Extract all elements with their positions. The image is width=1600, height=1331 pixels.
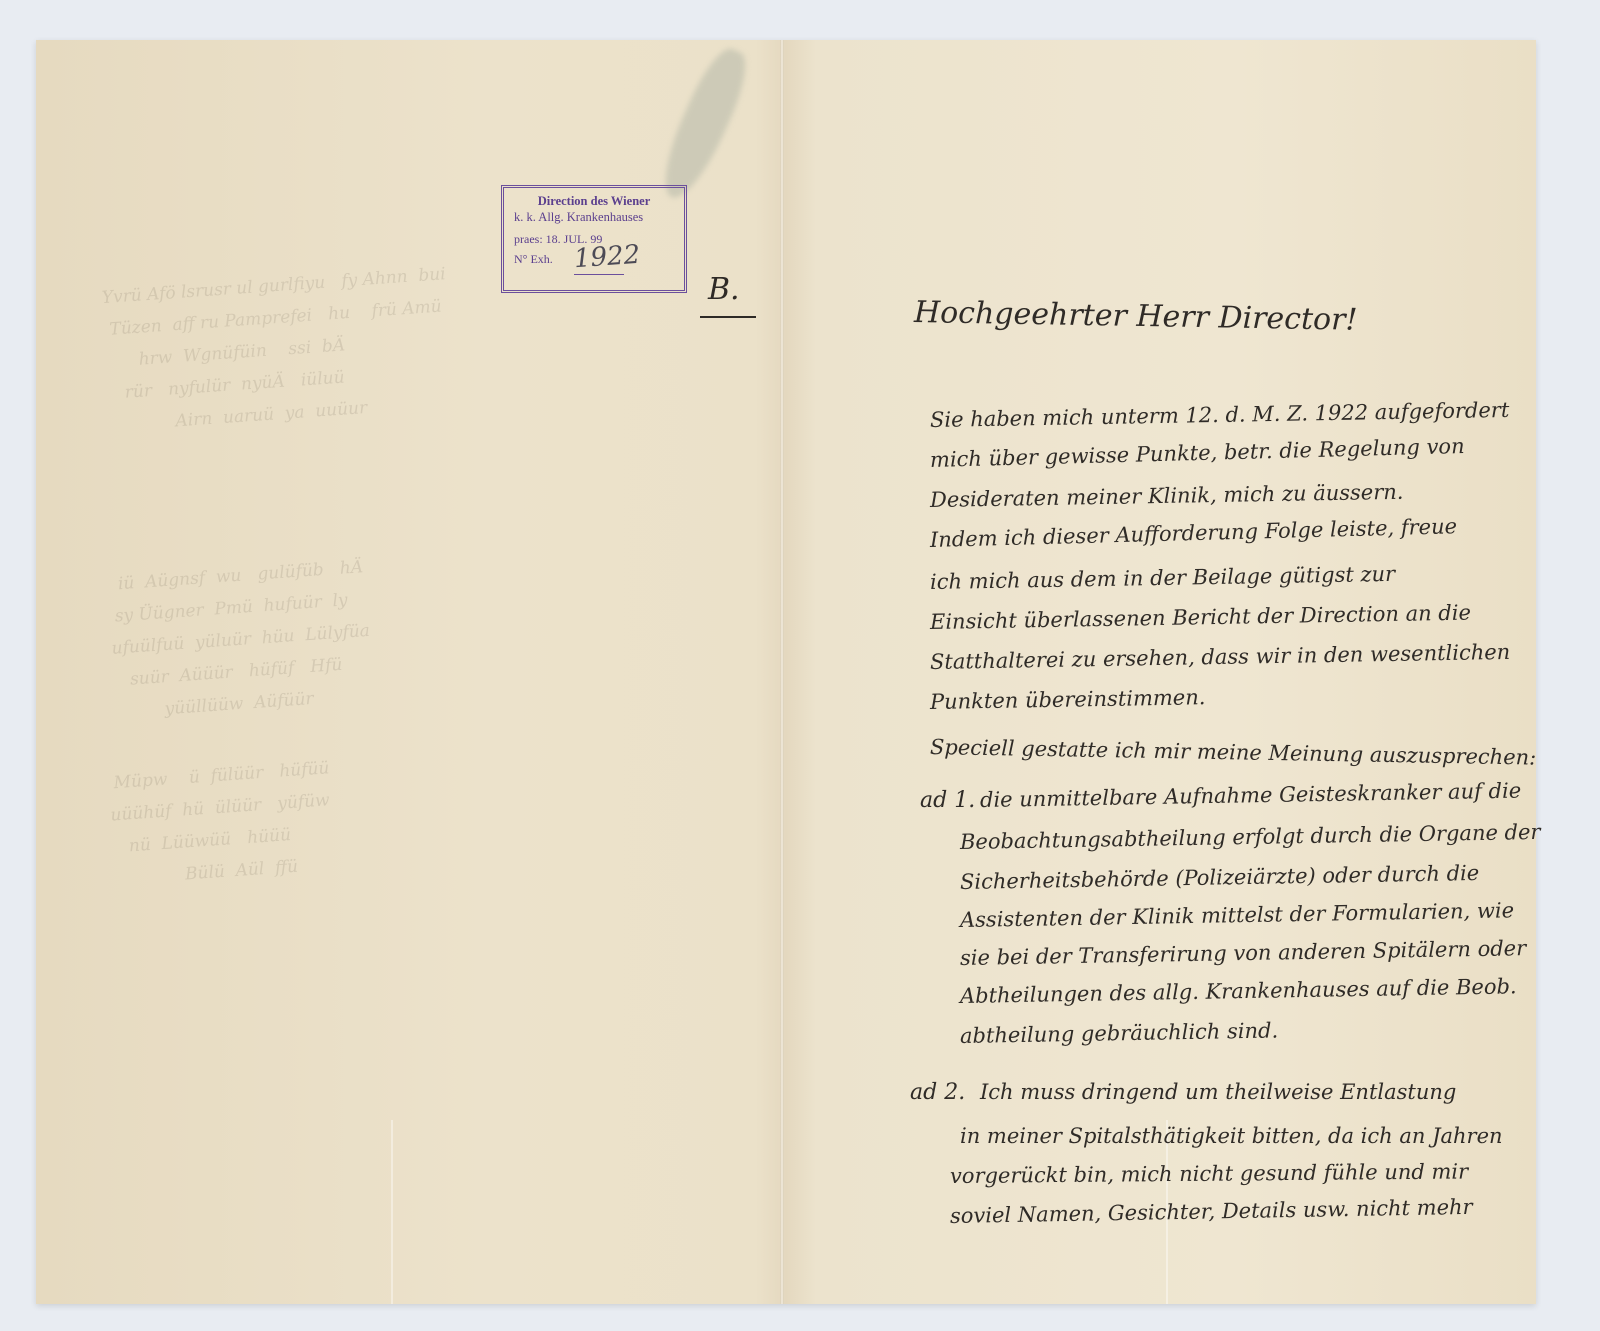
- salutation: Hochgeehrter Herr Director!: [914, 295, 1358, 338]
- letter-line: Desideraten meiner Klinik, mich zu äusse…: [930, 480, 1404, 512]
- letter-line: Abtheilungen des allg. Krankenhauses auf…: [960, 974, 1517, 1008]
- letter-line: Statthalterei zu ersehen, dass wir in de…: [930, 640, 1511, 674]
- registry-stamp: Direction des Wiener k. k. Allg. Kranken…: [501, 185, 687, 293]
- stamp-rule: [574, 274, 624, 275]
- left-page: Yvrü Afö lsrusr ul gurlfiyu fy Ahnn bui …: [36, 40, 782, 1304]
- letter-line: Einsicht überlassenen Bericht der Direct…: [930, 601, 1471, 634]
- bleed-through-text: iü Aügnsf wu gulüfüb hÄ sy Üügner Pmü hu…: [101, 551, 376, 729]
- annotation-underline: [700, 316, 756, 318]
- letter-line: in meiner Spitalsthätigkeit bitten, da i…: [960, 1124, 1503, 1148]
- letter-line: Ich muss dringend um theilweise Entlastu…: [980, 1080, 1456, 1104]
- letter-line: vorgerückt bin, mich nicht gesund fühle …: [950, 1159, 1468, 1188]
- letter-line: soviel Namen, Gesichter, Details usw. ni…: [950, 1195, 1473, 1228]
- letter-line: die unmittelbare Aufnahme Geisteskranker…: [980, 779, 1522, 812]
- letter-line: mich über gewisse Punkte, betr. die Rege…: [930, 434, 1465, 472]
- water-stain: [651, 42, 756, 206]
- right-page: Hochgeehrter Herr Director! Sie haben mi…: [784, 40, 1536, 1304]
- annotation-mark: B.: [708, 272, 740, 307]
- item-label-ad-2: ad 2.: [910, 1080, 965, 1105]
- stamp-exhibit-label: N° Exh.: [514, 252, 553, 267]
- letter-line: Sicherheitsbehörde (Polizeiärzte) oder d…: [960, 861, 1480, 894]
- stamp-line-1: Direction des Wiener: [504, 194, 684, 209]
- folded-letter-sheet: Yvrü Afö lsrusr ul gurlfiyu fy Ahnn bui …: [36, 40, 1536, 1304]
- letter-line: Indem ich dieser Aufforderung Folge leis…: [930, 514, 1458, 552]
- bleed-through-text: Müpw ü fülüür hüfüü uüühüf hü ülüür yüfü…: [102, 752, 337, 896]
- stamp-exhibit-number: 1922: [573, 240, 641, 275]
- fold-crease: [391, 1120, 393, 1304]
- item-label-ad-1: ad 1.: [920, 788, 975, 813]
- letter-line: Punkten übereinstimmen.: [930, 685, 1206, 714]
- letter-line: Assistenten der Klinik mittelst der Form…: [960, 898, 1514, 932]
- letter-line: ich mich aus dem in der Beilage gütigst …: [930, 562, 1396, 594]
- letter-line: Sie haben mich unterm 12. d. M. Z. 1922 …: [930, 398, 1510, 432]
- letter-line: Beobachtungsabtheilung erfolgt durch die…: [960, 820, 1541, 854]
- letter-line: sie bei der Transferirung von anderen Sp…: [960, 936, 1527, 970]
- bleed-through-text: Yvrü Afö lsrusr ul gurlfiyu fy Ahnn bui …: [101, 258, 456, 442]
- stamp-line-2: k. k. Allg. Krankenhauses: [514, 210, 643, 225]
- letter-line: abtheilung gebräuchlich sind.: [960, 1018, 1279, 1048]
- letter-line: Speciell gestatte ich mir meine Meinung …: [930, 735, 1537, 770]
